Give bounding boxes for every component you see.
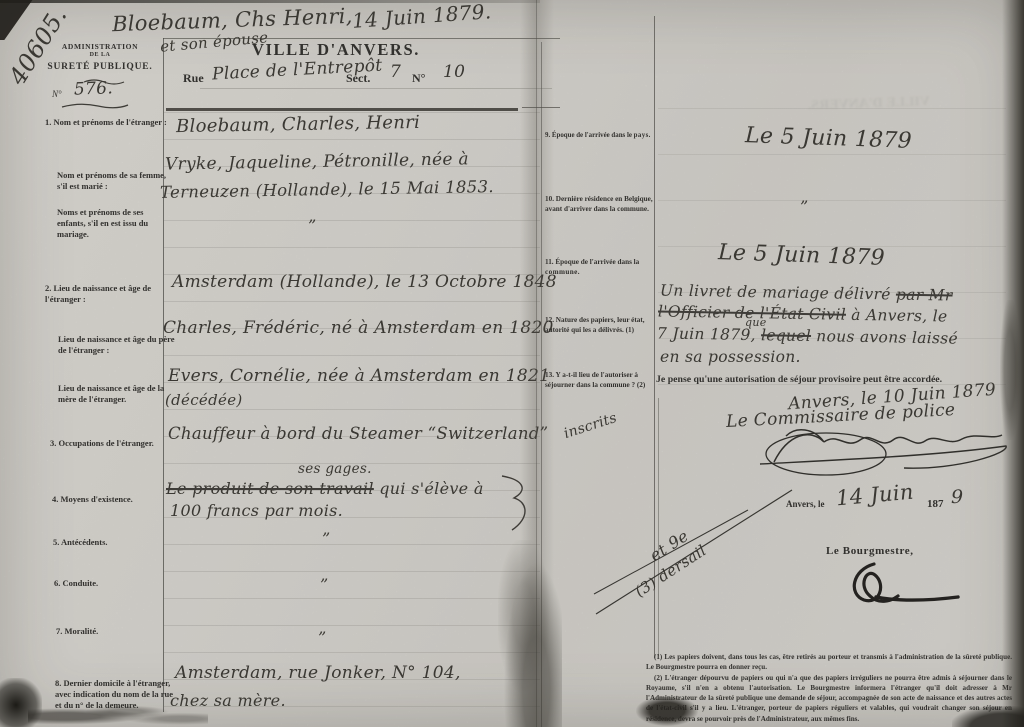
footnote-2: (2) L'étranger dépourvu de papiers ou qu… bbox=[646, 673, 1012, 724]
answer-father: Charles, Frédéric, né à Amsterdam en 182… bbox=[163, 318, 554, 338]
answer-papers-line3: 7 Juin 1879, lequel nous avons laissé bbox=[657, 324, 958, 347]
question-1-children: Noms et prénoms de ses enfants, s'il en … bbox=[57, 207, 170, 241]
answer-mother-line1: Evers, Cornélie, née à Amsterdam en 1821 bbox=[168, 366, 550, 386]
administration-line2: DE LA bbox=[38, 52, 162, 60]
question-2-father-label: Lieu de naissance et âge du père de l'ét… bbox=[58, 334, 174, 355]
question-5-num: 5. bbox=[53, 537, 59, 547]
question-4-label: Moyens d'existence. bbox=[61, 494, 133, 504]
mayor-place-label: Anvers, le bbox=[786, 499, 825, 511]
question-13: 13. Y a-t-il lieu de l'autoriser à séjou… bbox=[545, 371, 657, 390]
answer-wife-line1: Vryke, Jaqueline, Pétronille, née à bbox=[165, 149, 469, 174]
scanned-registration-card: VILLE D'ANVERS. 40605. Bloebaum, Chs Hen… bbox=[0, 0, 1024, 727]
commissaire-signature bbox=[752, 418, 1014, 486]
papers-line1-text: Un livret de mariage délivré bbox=[660, 281, 896, 303]
question-10-label: Dernière résidence en Belgique, avant d'… bbox=[545, 195, 653, 213]
answer-wife-line2: Terneuzen (Hollande), le 15 Mai 1853. bbox=[160, 177, 494, 202]
mayor-year-printed: 187 bbox=[927, 497, 944, 512]
administration-block: ADMINISTRATION DE LA SURETÉ PUBLIQUE. bbox=[38, 42, 162, 73]
answer-means-struck: Le produit de son travail bbox=[166, 479, 374, 498]
answer-occupation: Chauffeur à bord du Steamer “Switzerland… bbox=[168, 424, 548, 443]
answer-children-ditto: ” bbox=[308, 216, 316, 235]
dossier-no-label: N° bbox=[52, 89, 62, 99]
dossier-no-value: 576. bbox=[74, 78, 114, 99]
answer-name: Bloebaum, Charles, Henri bbox=[176, 112, 420, 137]
question-10-num: 10. bbox=[545, 195, 554, 203]
question-8-num: 8. bbox=[55, 678, 61, 688]
answer-papers-line2: l'Officier de l'État Civil à Anvers, le bbox=[658, 302, 948, 325]
answer-arrival-country: Le 5 Juin 1879 bbox=[745, 123, 913, 154]
answer-papers-line1: Un livret de mariage délivré par Mr bbox=[660, 281, 953, 304]
question-4: 4. Moyens d'existence. bbox=[52, 494, 133, 505]
question-13-label: Y a-t-il lieu de l'autoriser à séjourner… bbox=[545, 371, 645, 389]
answer-antecedents-ditto: ” bbox=[322, 529, 330, 548]
house-no-value: 10 bbox=[443, 62, 465, 82]
center-fold-line-1 bbox=[536, 0, 537, 727]
question-2-father: Lieu de naissance et âge du père de l'ét… bbox=[58, 334, 176, 356]
right-edge-shadow bbox=[1002, 0, 1024, 727]
question-3-num: 3. bbox=[50, 438, 56, 448]
question-1-wife: Nom et prénoms de sa femme, s'il est mar… bbox=[57, 170, 170, 192]
question-2-label: Lieu de naissance et âge de l'étranger : bbox=[45, 283, 151, 304]
answer-moralite-ditto: ” bbox=[318, 628, 326, 647]
question-8: 8. Dernier domicile à l'étranger, avec i… bbox=[55, 678, 180, 712]
question-9-num: 9. bbox=[545, 132, 550, 139]
question-4-num: 4. bbox=[52, 494, 58, 504]
question-12-label: Nature des papiers, leur état, autorité … bbox=[545, 316, 645, 334]
answer-domicile-line1: Amsterdam, rue Jonker, N° 104, bbox=[175, 663, 461, 683]
question-12: 12. Nature des papiers, leur état, autor… bbox=[545, 316, 657, 335]
papers-line1-struck: par Mr bbox=[896, 286, 953, 305]
question-3-label: Occupations de l'étranger. bbox=[59, 438, 154, 448]
bleed-through-title: VILLE D'ANVERS. bbox=[710, 94, 930, 118]
administration-line1: ADMINISTRATION bbox=[38, 42, 162, 52]
ruled-lines-left bbox=[164, 112, 540, 715]
papers-line3-struck: lequel bbox=[761, 326, 811, 345]
answer-conduite-ditto: ” bbox=[320, 575, 328, 594]
question-1-wife-label: Nom et prénoms de sa femme, s'il est mar… bbox=[57, 170, 166, 191]
question-10: 10. Dernière résidence en Belgique, avan… bbox=[545, 195, 657, 214]
stain-bottom-left-blob bbox=[0, 678, 42, 727]
question-8-label: Dernier domicile à l'étranger, avec indi… bbox=[55, 678, 173, 710]
answer-means-line2: 100 francs par mois. bbox=[170, 501, 343, 520]
answer-arrival-commune: Le 5 Juin 1879 bbox=[718, 240, 886, 271]
center-fold-bottom-speckle bbox=[498, 540, 562, 727]
question-2-mother: Lieu de naissance et âge de la mère de l… bbox=[58, 383, 176, 405]
question-1-label: Nom et prénoms de l'étranger : bbox=[54, 117, 167, 127]
answer-means-line1: Le produit de son travail qui s'élève à bbox=[166, 479, 484, 498]
top-date-annotation: 14 Juin 1879. bbox=[351, 0, 492, 33]
question-9-label: Époque de l'arrivée dans le bbox=[552, 132, 634, 139]
question-2: 2. Lieu de naissance et âge de l'étrange… bbox=[45, 283, 173, 305]
question-7: 7. Moralité. bbox=[56, 626, 98, 637]
left-column-rule bbox=[163, 38, 164, 712]
administration-line3: SURETÉ PUBLIQUE. bbox=[38, 61, 162, 74]
question-13-num: 13. bbox=[545, 371, 554, 379]
papers-line3-head: 7 Juin 1879, bbox=[657, 324, 761, 344]
opinion-printed: Je pense qu'une autorisation de séjour p… bbox=[656, 374, 942, 387]
question-2-mother-label: Lieu de naissance et âge de la mère de l… bbox=[58, 383, 164, 404]
address-baseline bbox=[200, 88, 552, 89]
question-1-num: 1. bbox=[45, 117, 51, 127]
inscrits-annotation: inscrits bbox=[562, 410, 619, 442]
papers-line2-tail: à Anvers, le bbox=[846, 306, 948, 326]
answer-birth: Amsterdam (Hollande), le 13 Octobre 1848 bbox=[172, 272, 557, 292]
answer-last-residence-ditto: ” bbox=[800, 197, 808, 216]
answer-domicile-line2: chez sa mère. bbox=[170, 691, 286, 710]
answer-mother-line2: (décédée) bbox=[165, 391, 243, 409]
center-fold-shadow bbox=[520, 0, 554, 727]
footnotes: (1) Les papiers doivent, dans tous les c… bbox=[646, 652, 1012, 724]
question-12-num: 12. bbox=[545, 316, 554, 324]
bourgmestre-signature bbox=[840, 556, 974, 614]
question-7-num: 7. bbox=[56, 626, 62, 636]
question-9-label-bold: pays. bbox=[634, 132, 651, 139]
flourish-under-number bbox=[60, 101, 130, 111]
sect-value: 7 bbox=[390, 62, 401, 82]
question-3: 3. Occupations de l'étranger. bbox=[50, 438, 154, 449]
mayor-year-handwritten: 9 bbox=[951, 486, 963, 508]
question-7-label: Moralité. bbox=[65, 626, 99, 636]
question-11-label: Époque de l'arrivée dans la bbox=[555, 258, 639, 266]
question-5: 5. Antécédents. bbox=[53, 537, 108, 548]
answer-means-tail: qui s'élève à bbox=[374, 479, 484, 498]
question-6: 6. Conduite. bbox=[54, 578, 98, 589]
question-5-label: Antécédents. bbox=[61, 537, 108, 547]
question-1: 1. Nom et prénoms de l'étranger : bbox=[45, 117, 173, 128]
question-11-num: 11. bbox=[545, 258, 554, 266]
question-9: 9. Époque de l'arrivée dans le pays. bbox=[545, 131, 651, 140]
means-brace-flourish bbox=[498, 472, 532, 534]
rue-label: Rue bbox=[183, 71, 204, 87]
question-6-label: Conduite. bbox=[63, 578, 99, 588]
question-2-num: 2. bbox=[45, 283, 51, 293]
house-no-label: N° bbox=[412, 71, 425, 87]
question-6-num: 6. bbox=[54, 578, 60, 588]
answer-means-insert: ses gages. bbox=[298, 461, 372, 477]
footnote-1: (1) Les papiers doivent, dans tous les c… bbox=[646, 652, 1012, 673]
question-11-label-bold: commune. bbox=[545, 268, 580, 276]
papers-line3-tail: nous avons laissé bbox=[811, 327, 958, 348]
question-1-children-label: Noms et prénoms de ses enfants, s'il en … bbox=[57, 207, 148, 239]
answer-papers-line4: en sa possession. bbox=[660, 348, 801, 366]
sect-label: Sect. bbox=[346, 71, 370, 87]
question-11: 11. Époque de l'arrivée dans la commune. bbox=[545, 258, 657, 277]
address-divider-rule bbox=[166, 108, 518, 111]
